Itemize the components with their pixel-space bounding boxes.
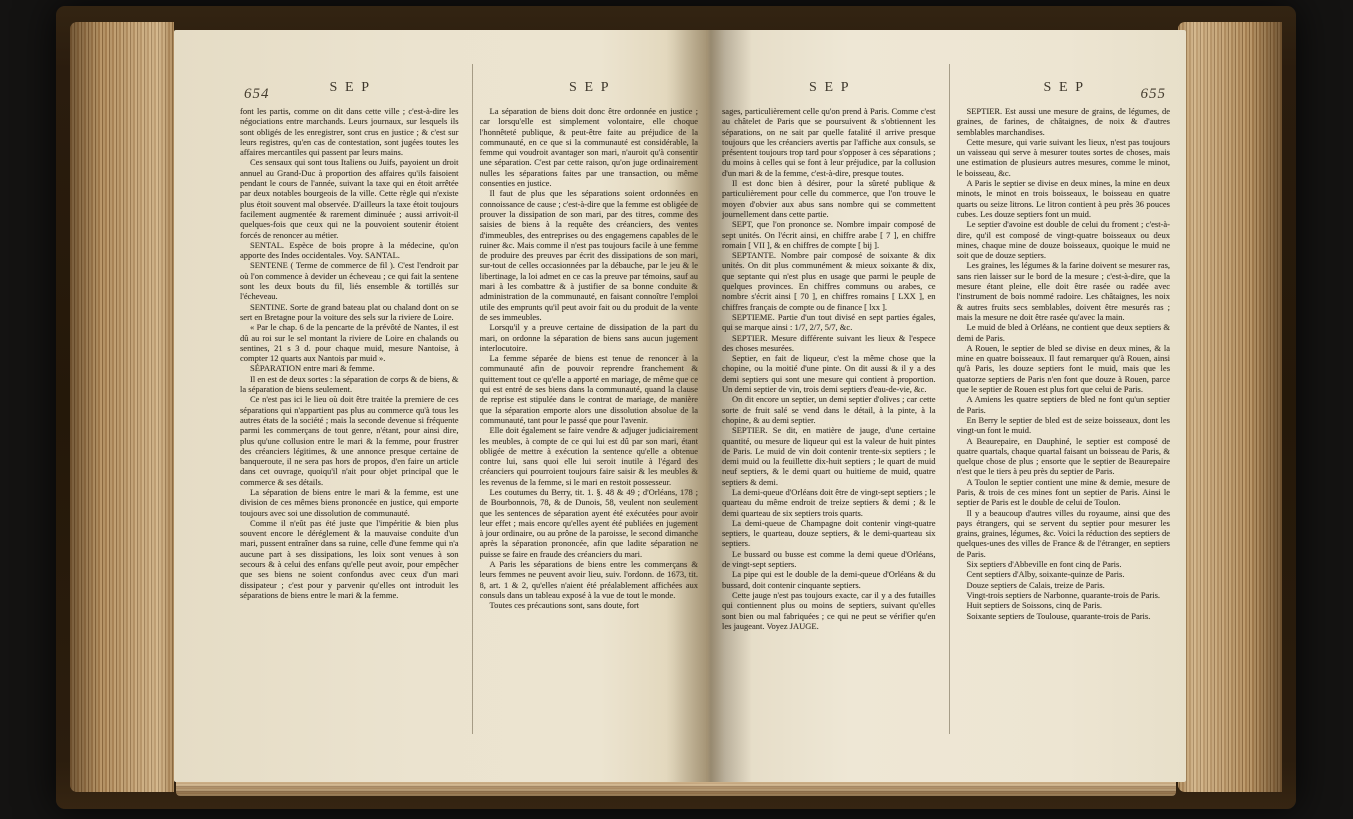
text-column: sages, particulièrement celle qu'on pren… <box>722 106 936 734</box>
paragraph: Cette jauge n'est pas toujours exacte, c… <box>722 590 936 631</box>
paragraph: SEPTIER. Est aussi une mesure de grains,… <box>957 106 1171 137</box>
paragraph: En Berry le septier de bled est de seize… <box>957 415 1171 436</box>
paragraph: SENTENE ( Terme de commerce de fil ). C'… <box>240 260 459 301</box>
paragraph: Cent septiers d'Alby, soixante-quinze de… <box>957 569 1171 579</box>
paragraph: Il est donc bien à désirer, pour la sûre… <box>722 178 936 219</box>
paragraph: SEPTIEME. Partie d'un tout divisé en sep… <box>722 312 936 333</box>
paragraph: Soixante septiers de Toulouse, quarante-… <box>957 611 1171 621</box>
paragraph: Il en est de deux sortes : la séparation… <box>240 374 459 395</box>
paragraph: Huit septiers de Soissons, cinq de Paris… <box>957 600 1171 610</box>
paragraph: La séparation de biens doit donc être or… <box>480 106 699 188</box>
paragraph: Les coutumes du Berry, tit. 1. §. 48 & 4… <box>480 487 699 559</box>
paragraph: La demi-queue d'Orléans doit être de vin… <box>722 487 936 518</box>
paragraph: SEPTIER. Se dit, en matière de jauge, d'… <box>722 425 936 487</box>
page-number-right: 655 <box>1141 86 1167 103</box>
paragraph: Le septier d'avoine est double de celui … <box>957 219 1171 260</box>
paragraph: A Toulon le septier contient une mine & … <box>957 477 1171 508</box>
paragraph: A Beaurepaire, en Dauphiné, le septier e… <box>957 436 1171 477</box>
text-column: La séparation de biens doit donc être or… <box>480 106 699 734</box>
paragraph: Les graines, les légumes & la farine doi… <box>957 260 1171 322</box>
paragraph: SENTINE. Sorte de grand bateau plat ou c… <box>240 302 459 323</box>
paragraph: Le muid de bled à Orléans, ne contient q… <box>957 322 1171 343</box>
paragraph: SEPTANTE. Nombre pair composé de soixant… <box>722 250 936 312</box>
paragraph: La femme séparée de biens est tenue de r… <box>480 353 699 425</box>
paragraph: SÉPARATION entre mari & femme. <box>240 363 459 373</box>
paragraph: Le bussard ou busse est comme la demi qu… <box>722 549 936 570</box>
paragraph: A Paris le septier se divise en deux min… <box>957 178 1171 219</box>
text-column: SEPTIER. Est aussi une mesure de grains,… <box>957 106 1171 734</box>
running-head: SEP <box>957 80 1171 96</box>
paragraph: Septier, en fait de liqueur, c'est la mê… <box>722 353 936 394</box>
paragraph: Ce n'est pas ici le lieu où doit être tr… <box>240 394 459 487</box>
fore-edge-left <box>70 22 174 792</box>
paragraph: SEPT, que l'on prononce se. Nombre impai… <box>722 219 936 250</box>
paragraph: SENTAL. Espèce de bois propre à la médec… <box>240 240 459 261</box>
left-page-column-2: SEP La séparation de biens doit donc êtr… <box>472 64 699 734</box>
paragraph: Vingt-trois septiers de Narbonne, quaran… <box>957 590 1171 600</box>
paragraph: Lorsqu'il y a preuve certaine de dissipa… <box>480 322 699 353</box>
paragraph: font les partis, comme on dit dans cette… <box>240 106 459 157</box>
book-photo: 654 SEP font les partis, comme on dit da… <box>56 6 1296 809</box>
paragraph: A Rouen, le septier de bled se divise en… <box>957 343 1171 394</box>
paragraph: La demi-queue de Champagne doit contenir… <box>722 518 936 549</box>
paragraph: Toutes ces précautions sont, sans doute,… <box>480 600 699 610</box>
page-number-left: 654 <box>244 86 270 103</box>
right-page-column-1: SEP sages, particulièrement celle qu'on … <box>722 64 943 734</box>
left-page: 654 SEP font les partis, comme on dit da… <box>174 30 706 782</box>
paragraph: On dit encore un septier, un demi septie… <box>722 394 936 425</box>
page-edge-bottom <box>176 782 1176 796</box>
open-pages: 654 SEP font les partis, comme on dit da… <box>174 30 1186 782</box>
fore-edge-right <box>1178 22 1282 792</box>
paragraph: Six septiers d'Abbeville en font cinq de… <box>957 559 1171 569</box>
paragraph: sages, particulièrement celle qu'on pren… <box>722 106 936 178</box>
paragraph: Elle doit également se faire vendre & ad… <box>480 425 699 487</box>
text-column: font les partis, comme on dit dans cette… <box>240 106 459 734</box>
paragraph: SEPTIER. Mesure différente suivant les l… <box>722 333 936 354</box>
paragraph: Il faut de plus que les séparations soie… <box>480 188 699 322</box>
paragraph: Douze septiers de Calais, treize de Pari… <box>957 580 1171 590</box>
paragraph: A Amiens les quatre septiers de bled ne … <box>957 394 1171 415</box>
running-head: SEP <box>240 80 459 96</box>
paragraph: Comme il n'eût pas été juste que l'impér… <box>240 518 459 600</box>
running-head: SEP <box>722 80 936 96</box>
paragraph: « Par le chap. 6 de la pencarte de la pr… <box>240 322 459 363</box>
paragraph: Cette mesure, qui varie suivant les lieu… <box>957 137 1171 178</box>
paragraph: Il y a beaucoup d'autres villes du royau… <box>957 508 1171 559</box>
paragraph: A Paris les séparations de biens entre l… <box>480 559 699 600</box>
running-head: SEP <box>480 80 699 96</box>
paragraph: La pipe qui est le double de la demi-que… <box>722 569 936 590</box>
right-page-column-2: SEP SEPTIER. Est aussi une mesure de gra… <box>949 64 1171 734</box>
right-page: 655 SEP sages, particulièrement celle qu… <box>706 30 1186 782</box>
paragraph: La séparation de biens entre le mari & l… <box>240 487 459 518</box>
left-page-column-1: SEP font les partis, comme on dit dans c… <box>240 64 466 734</box>
paragraph: Ces sensaux qui sont tous Italiens ou Ju… <box>240 157 459 239</box>
